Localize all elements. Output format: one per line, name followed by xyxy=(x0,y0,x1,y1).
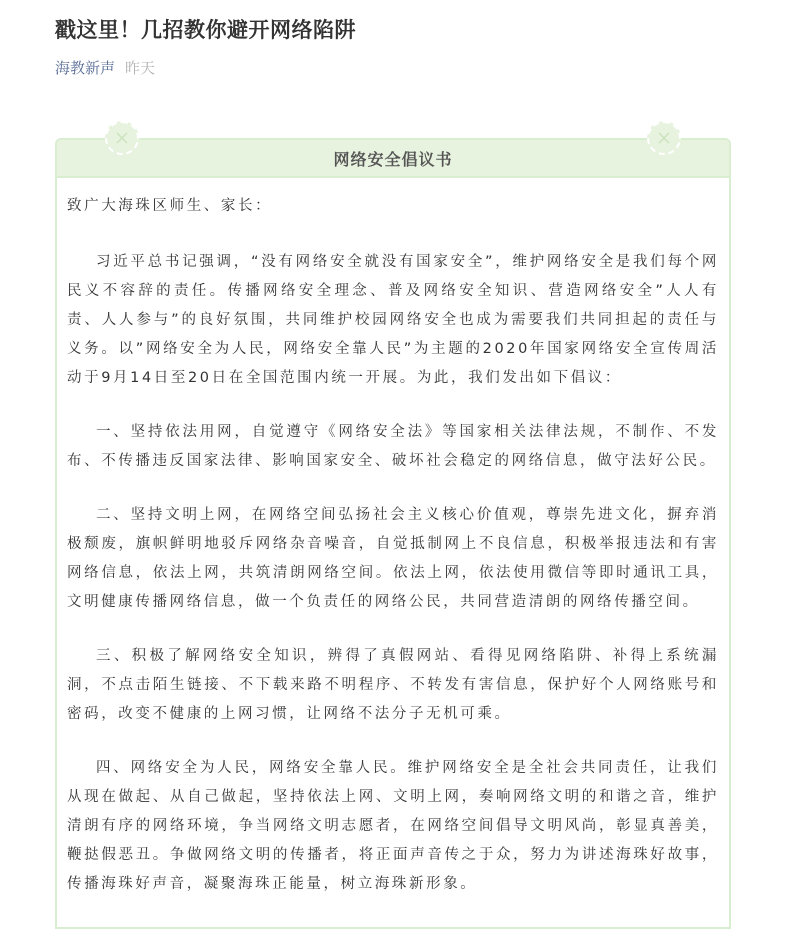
paragraph-intro: 习近平总书记强调，“没有网络安全就没有国家安全”，维护网络安全是我们每个网民义不… xyxy=(67,248,719,393)
close-x-icon xyxy=(657,131,671,145)
close-x-icon xyxy=(115,131,129,145)
author-link[interactable]: 海教新声 xyxy=(55,57,115,78)
paragraph-1: 一、坚持依法用网，自觉遵守《网络安全法》等国家相关法律法规，不制作、不发布、不传… xyxy=(67,418,719,476)
paragraph-4: 四、网络安全为人民，网络安全靠人民。维护网络安全是全社会共同责任，让我们从现在做… xyxy=(67,754,719,899)
card-header: 网络安全倡议书 xyxy=(57,140,729,178)
decor-circle-right xyxy=(647,121,681,155)
salutation: 致广大海珠区师生、家长： xyxy=(67,192,719,221)
decor-circle-left xyxy=(105,121,139,155)
card-body: 致广大海珠区师生、家长： 习近平总书记强调，“没有网络安全就没有国家安全”，维护… xyxy=(57,178,729,899)
paragraph-2: 二、坚持文明上网，在网络空间弘扬社会主义核心价值观，尊崇先进文化，摒弃消极颓废，… xyxy=(67,501,719,617)
article-title: 戳这里！几招教你避开网络陷阱 xyxy=(55,14,356,44)
proposal-card: 网络安全倡议书 致广大海珠区师生、家长： 习近平总书记强调，“没有网络安全就没有… xyxy=(55,138,731,929)
card-heading: 网络安全倡议书 xyxy=(333,147,452,170)
article-meta: 海教新声 昨天 xyxy=(55,57,155,78)
paragraph-3: 三、积极了解网络安全知识，辨得了真假网站、看得见网络陷阱、补得上系统漏洞，不点击… xyxy=(67,642,719,729)
publish-date: 昨天 xyxy=(125,57,155,78)
